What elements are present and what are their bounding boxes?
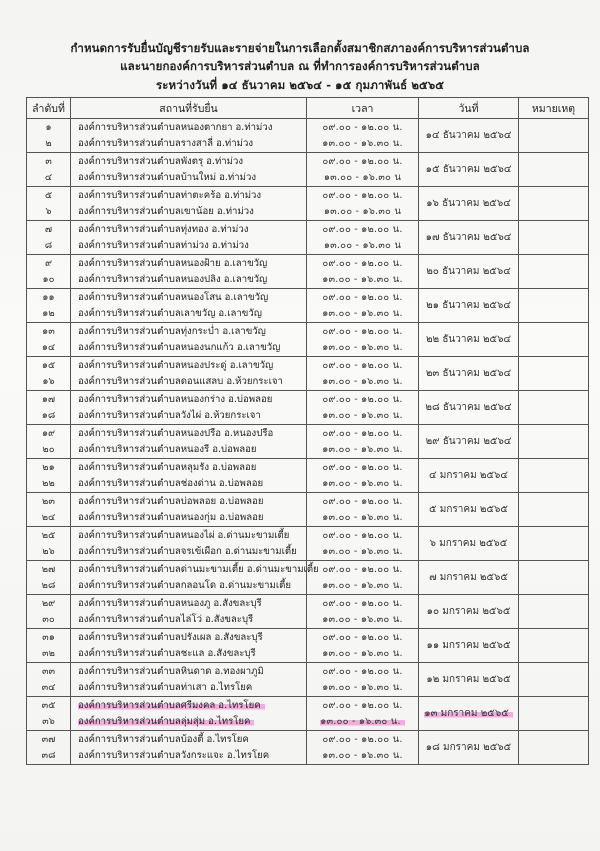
header-time: เวลา — [307, 98, 419, 119]
row-remarks-cell — [519, 425, 589, 459]
date-text: ๑๓ มกราคม ๒๕๖๕ — [424, 708, 513, 719]
row-remarks-cell — [519, 595, 589, 629]
time-range: ๐๙.๐๐ - ๑๒.๐๐ น. — [307, 154, 418, 170]
row-number: ๒๕ — [27, 528, 70, 544]
time-range: ๑๓.๐๐ - ๑๖.๓๐ น. — [307, 340, 418, 356]
row-times-cell: ๐๙.๐๐ - ๑๒.๐๐ น.๑๓.๐๐ - ๑๖.๓๐ น. — [307, 119, 419, 153]
row-number: ๓๒ — [27, 646, 70, 662]
row-numbers-cell: ๓๑๓๒ — [27, 629, 71, 663]
row-date-cell: ๒๒ ธันวาคม ๒๕๖๔ — [419, 323, 519, 357]
table-row: ๓๔องค์การบริหารส่วนตำบลพังตรุ อ.ท่าม่วงอ… — [27, 153, 589, 187]
place-name: องค์การบริหารส่วนตำบลหนองกุ่ม อ.บ่อพลอย — [71, 510, 306, 526]
row-date-cell: ๖ มกราคม ๒๕๖๕ — [419, 527, 519, 561]
place-name: องค์การบริหารส่วนตำบลหินดาด อ.ทองผาภูมิ — [71, 664, 306, 680]
row-number: ๓๓ — [27, 664, 70, 680]
time-range-text: ๑๓.๐๐ - ๑๖.๓๐ น. — [322, 648, 402, 659]
place-name: องค์การบริหารส่วนตำบลหนองไผ่ อ.ด่านมะขาม… — [71, 528, 306, 544]
place-name: องค์การบริหารส่วนตำบลบ้านใหม่ อ.ท่าม่วง — [71, 170, 306, 186]
table-row: ๒๗๒๘องค์การบริหารส่วนตำบลด่านมะขามเตี้ย … — [27, 561, 589, 595]
place-name: องค์การบริหารส่วนตำบลหนองรี อ.บ่อพลอย — [71, 442, 306, 458]
row-date-cell: ๑๕ ธันวาคม ๒๕๖๔ — [419, 153, 519, 187]
row-remarks-cell — [519, 221, 589, 255]
time-range: ๐๙.๐๐ - ๑๒.๐๐ น. — [307, 222, 418, 238]
row-remarks-cell — [519, 629, 589, 663]
row-remarks-cell — [519, 187, 589, 221]
time-range-text: ๑๓.๐๐ - ๑๖.๓๐ น. — [322, 750, 402, 761]
place-name: องค์การบริหารส่วนตำบลกลอนโด อ.ด่านมะขามเ… — [71, 578, 306, 594]
row-places-cell: องค์การบริหารส่วนตำบลด่านมะขามเตี้ย อ.ด่… — [71, 561, 307, 595]
time-range-text: ๑๓.๐๐ - ๑๖.๓๐ น. — [320, 716, 404, 727]
date-text: ๒๑ ธันวาคม ๒๕๖๔ — [426, 300, 511, 311]
row-times-cell: ๐๙.๐๐ - ๑๒.๐๐ น.๑๓.๐๐ - ๑๖.๓๐ น. — [307, 663, 419, 697]
date-text: ๑๒ มกราคม ๒๕๖๕ — [426, 674, 510, 685]
row-number: ๙ — [27, 256, 70, 272]
row-date-cell: ๒๘ ธันวาคม ๒๕๖๔ — [419, 391, 519, 425]
time-range: ๑๓.๐๐ - ๑๖.๓๐ น — [307, 170, 418, 186]
row-places-cell: องค์การบริหารส่วนตำบลหนองไผ่ อ.ด่านมะขาม… — [71, 527, 307, 561]
row-number: ๕ — [27, 188, 70, 204]
row-numbers-cell: ๓๓๓๔ — [27, 663, 71, 697]
place-name-text: องค์การบริหารส่วนตำบลวังไผ่ อ.ห้วยกระเจา — [78, 410, 261, 421]
row-number: ๒๐ — [27, 442, 70, 458]
place-name: องค์การบริหารส่วนตำบลจรเข้เผือก อ.ด่านมะ… — [71, 544, 306, 560]
table-header-row: ลำดับที่ สถานที่รับยื่น เวลา วันที่ หมาย… — [27, 98, 589, 119]
time-range: ๐๙.๐๐ - ๑๒.๐๐ น. — [307, 664, 418, 680]
place-name-text: องค์การบริหารส่วนตำบลรางสาลี่ อ.ท่าม่วง — [78, 138, 253, 149]
place-name: องค์การบริหารส่วนตำบลด่านมะขามเตี้ย อ.ด่… — [71, 562, 306, 578]
place-name-text: องค์การบริหารส่วนตำบลหลุมรัง อ.บ่อพลอย — [78, 462, 256, 473]
time-range: ๑๓.๐๐ - ๑๖.๓๐ น. — [307, 408, 418, 424]
place-name: องค์การบริหารส่วนตำบลหนองภู อ.สังขละบุรี — [71, 596, 306, 612]
place-name-text: องค์การบริหารส่วนตำบลบ้องตี้ อ.ไทรโยค — [78, 734, 249, 745]
place-name: องค์การบริหารส่วนตำบลหลุมรัง อ.บ่อพลอย — [71, 460, 306, 476]
place-name-text: องค์การบริหารส่วนตำบลชะแล อ.สังขละบุรี — [78, 648, 256, 659]
time-range: ๑๓.๐๐ - ๑๖.๓๐ น — [307, 238, 418, 254]
place-name-text: องค์การบริหารส่วนตำบลทุ่งกระบ่ำ อ.เลาขวั… — [78, 326, 266, 337]
row-number: ๒๑ — [27, 460, 70, 476]
row-places-cell: องค์การบริหารส่วนตำบลหนองกร่าง อ.บ่อพลอย… — [71, 391, 307, 425]
time-range-text: ๐๙.๐๐ - ๑๒.๐๐ น. — [322, 122, 402, 133]
row-times-cell: ๐๙.๐๐ - ๑๒.๐๐ น.๑๓.๐๐ - ๑๖.๓๐ น. — [307, 697, 419, 731]
row-times-cell: ๐๙.๐๐ - ๑๒.๐๐ น.๑๓.๐๐ - ๑๖.๓๐ น. — [307, 595, 419, 629]
place-name: องค์การบริหารส่วนตำบลทุ่งทอง อ.ท่าม่วง — [71, 222, 306, 238]
time-range: ๑๓.๐๐ - ๑๖.๓๐ น. — [307, 374, 418, 390]
row-places-cell: องค์การบริหารส่วนตำบลศรีมงคล อ.ไทรโยคองค… — [71, 697, 307, 731]
time-range-text: ๑๓.๐๐ - ๑๖.๓๐ น — [324, 240, 401, 251]
row-remarks-cell — [519, 255, 589, 289]
date-text: ๑๘ มกราคม ๒๕๖๕ — [426, 742, 511, 753]
table-row: ๒๓๒๔องค์การบริหารส่วนตำบลบ่อพลอย อ.บ่อพล… — [27, 493, 589, 527]
row-places-cell: องค์การบริหารส่วนตำบลบ้องตี้ อ.ไทรโยคองค… — [71, 731, 307, 765]
place-name-text: องค์การบริหารส่วนตำบลพังตรุ อ.ท่าม่วง — [78, 156, 243, 167]
date-text: ๑๔ ธันวาคม ๒๕๖๔ — [426, 130, 512, 141]
time-range-text: ๐๙.๐๐ - ๑๒.๐๐ น. — [322, 666, 402, 677]
time-range: ๑๓.๐๐ - ๑๖.๓๐ น. — [307, 748, 418, 764]
row-places-cell: องค์การบริหารส่วนตำบลหลุมรัง อ.บ่อพลอยอง… — [71, 459, 307, 493]
place-name-text: องค์การบริหารส่วนตำบลปรังเผล อ.สังขละบุร… — [78, 632, 263, 643]
time-range-text: ๑๓.๐๐ - ๑๖.๓๐ น. — [322, 342, 402, 353]
time-range: ๑๓.๐๐ - ๑๖.๓๐ น. — [307, 510, 418, 526]
table-row: ๙๑๐องค์การบริหารส่วนตำบลหนองฝ้าย อ.เลาขว… — [27, 255, 589, 289]
place-name-text: องค์การบริหารส่วนตำบลท่าเสา อ.ไทรโยค — [78, 682, 252, 693]
date-text: ๒๐ ธันวาคม ๒๕๖๔ — [426, 266, 511, 277]
row-times-cell: ๐๙.๐๐ - ๑๒.๐๐ น.๑๓.๐๐ - ๑๖.๓๐ น. — [307, 527, 419, 561]
row-date-cell: ๒๙ ธันวาคม ๒๕๖๔ — [419, 425, 519, 459]
row-number: ๑๘ — [27, 408, 70, 424]
time-range-text: ๑๓.๐๐ - ๑๖.๓๐ น — [324, 172, 401, 183]
row-places-cell: องค์การบริหารส่วนตำบลหนองปรือ อ.หนองปรือ… — [71, 425, 307, 459]
time-range: ๐๙.๐๐ - ๑๒.๐๐ น. — [307, 698, 418, 714]
time-range: ๑๓.๐๐ - ๑๖.๓๐ น — [307, 204, 418, 220]
place-name-text: องค์การบริหารส่วนตำบลบ่อพลอย อ.บ่อพลอย — [78, 496, 263, 507]
row-times-cell: ๐๙.๐๐ - ๑๒.๐๐ น.๑๓.๐๐ - ๑๖.๓๐ น. — [307, 289, 419, 323]
place-name: องค์การบริหารส่วนตำบลบ่อพลอย อ.บ่อพลอย — [71, 494, 306, 510]
time-range: ๐๙.๐๐ - ๑๒.๐๐ น. — [307, 732, 418, 748]
table-row: ๓๕๓๖องค์การบริหารส่วนตำบลศรีมงคล อ.ไทรโย… — [27, 697, 589, 731]
date-text: ๔ มกราคม ๒๕๖๔ — [429, 470, 508, 481]
place-name-text: องค์การบริหารส่วนตำบลลุ่มสุ่ม อ.ไทรโยค — [78, 716, 254, 727]
place-name: องค์การบริหารส่วนตำบลเลาขวัญ อ.เลาขวัญ — [71, 306, 306, 322]
place-name-text: องค์การบริหารส่วนตำบลท่าม่วง อ.ท่าม่วง — [78, 240, 249, 251]
row-number: ๒๒ — [27, 476, 70, 492]
header-place: สถานที่รับยื่น — [71, 98, 307, 119]
date-text: ๖ มกราคม ๒๕๖๕ — [430, 538, 508, 549]
row-number: ๑๔ — [27, 340, 70, 356]
row-numbers-cell: ๑๗๑๘ — [27, 391, 71, 425]
row-number: ๑ — [27, 120, 70, 136]
place-name-text: องค์การบริหารส่วนตำบลดอนแสลบ อ.ห้วยกระเจ… — [78, 376, 283, 387]
place-name-text: องค์การบริหารส่วนตำบลหนองปลิง อ.เลาขวัญ — [78, 274, 267, 285]
row-number: ๗ — [27, 222, 70, 238]
row-number: ๖ — [27, 204, 70, 220]
time-range-text: ๐๙.๐๐ - ๑๒.๐๐ น. — [322, 530, 402, 541]
time-range-text: ๐๙.๐๐ - ๑๒.๐๐ น. — [322, 428, 402, 439]
row-number: ๒๘ — [27, 578, 70, 594]
time-range-text: ๐๙.๐๐ - ๑๒.๐๐ น. — [322, 734, 402, 745]
time-range-text: ๐๙.๐๐ - ๑๒.๐๐ น. — [322, 326, 402, 337]
row-number: ๑๑ — [27, 290, 70, 306]
time-range: ๐๙.๐๐ - ๑๒.๐๐ น. — [307, 596, 418, 612]
time-range: ๑๓.๐๐ - ๑๖.๓๐ น. — [307, 578, 418, 594]
row-number: ๑๐ — [27, 272, 70, 288]
schedule-table: ลำดับที่ สถานที่รับยื่น เวลา วันที่ หมาย… — [26, 97, 589, 765]
row-number: ๑๖ — [27, 374, 70, 390]
time-range-text: ๑๓.๐๐ - ๑๖.๓๐ น. — [322, 614, 402, 625]
row-numbers-cell: ๒๕๒๖ — [27, 527, 71, 561]
time-range-text: ๑๓.๐๐ - ๑๖.๓๐ น. — [322, 308, 402, 319]
row-number: ๓ — [27, 154, 70, 170]
time-range-text: ๐๙.๐๐ - ๑๒.๐๐ น. — [322, 496, 402, 507]
table-row: ๑๑๑๒องค์การบริหารส่วนตำบลหนองโสน อ.เลาขว… — [27, 289, 589, 323]
time-range-text: ๑๓.๐๐ - ๑๖.๓๐ น. — [322, 478, 402, 489]
time-range-text: ๐๙.๐๐ - ๑๒.๐๐ น. — [322, 156, 402, 167]
document-page: กำหนดการรับยื่นบัญชีรายรับและรายจ่ายในกา… — [0, 0, 600, 851]
time-range-text: ๐๙.๐๐ - ๑๒.๐๐ น. — [322, 360, 402, 371]
row-number: ๒๙ — [27, 596, 70, 612]
row-times-cell: ๐๙.๐๐ - ๑๒.๐๐ น.๑๓.๐๐ - ๑๖.๓๐ น. — [307, 493, 419, 527]
header-date: วันที่ — [419, 98, 519, 119]
date-text: ๒๙ ธันวาคม ๒๕๖๔ — [426, 436, 512, 447]
row-date-cell: ๒๑ ธันวาคม ๒๕๖๔ — [419, 289, 519, 323]
table-row: ๒๕๒๖องค์การบริหารส่วนตำบลหนองไผ่ อ.ด่านม… — [27, 527, 589, 561]
row-remarks-cell — [519, 663, 589, 697]
place-name-text: องค์การบริหารส่วนตำบลไล่โว่ อ.สังขละบุรี — [78, 614, 253, 625]
time-range: ๑๓.๐๐ - ๑๖.๓๐ น. — [307, 306, 418, 322]
table-row: ๑๗๑๘องค์การบริหารส่วนตำบลหนองกร่าง อ.บ่อ… — [27, 391, 589, 425]
row-numbers-cell: ๒๙๓๐ — [27, 595, 71, 629]
place-name: องค์การบริหารส่วนตำบลปรังเผล อ.สังขละบุร… — [71, 630, 306, 646]
time-range-text: ๑๓.๐๐ - ๑๖.๓๐ น. — [322, 274, 402, 285]
place-name: องค์การบริหารส่วนตำบลเขาน้อย อ.ท่าม่วง — [71, 204, 306, 220]
row-date-cell: ๕ มกราคม ๒๕๖๕ — [419, 493, 519, 527]
place-name-text: องค์การบริหารส่วนตำบลหนองฝ้าย อ.เลาขวัญ — [78, 258, 267, 269]
row-numbers-cell: ๒๓๒๔ — [27, 493, 71, 527]
row-remarks-cell — [519, 493, 589, 527]
place-name: องค์การบริหารส่วนตำบลศรีมงคล อ.ไทรโยค — [71, 698, 306, 714]
row-remarks-cell — [519, 119, 589, 153]
row-number: ๘ — [27, 238, 70, 254]
row-number: ๓๗ — [27, 732, 70, 748]
row-places-cell: องค์การบริหารส่วนตำบลหินดาด อ.ทองผาภูมิอ… — [71, 663, 307, 697]
place-name: องค์การบริหารส่วนตำบลรางสาลี่ อ.ท่าม่วง — [71, 136, 306, 152]
schedule-table-body: ๑๒องค์การบริหารส่วนตำบลหนองตากยา อ.ท่าม่… — [27, 119, 589, 765]
row-number: ๓๕ — [27, 698, 70, 714]
time-range-text: ๑๓.๐๐ - ๑๖.๓๐ น. — [322, 138, 402, 149]
time-range-text: ๐๙.๐๐ - ๑๒.๐๐ น. — [322, 224, 402, 235]
time-range: ๑๓.๐๐ - ๑๖.๓๐ น. — [307, 442, 418, 458]
time-range: ๐๙.๐๐ - ๑๒.๐๐ น. — [307, 562, 418, 578]
place-name: องค์การบริหารส่วนตำบลหนองกร่าง อ.บ่อพลอย — [71, 392, 306, 408]
time-range: ๑๓.๐๐ - ๑๖.๓๐ น. — [307, 272, 418, 288]
time-range: ๑๓.๐๐ - ๑๖.๓๐ น. — [307, 476, 418, 492]
row-places-cell: องค์การบริหารส่วนตำบลหนองภู อ.สังขละบุรี… — [71, 595, 307, 629]
time-range-text: ๐๙.๐๐ - ๑๒.๐๐ น. — [322, 564, 402, 575]
row-remarks-cell — [519, 697, 589, 731]
time-range-text: ๑๓.๐๐ - ๑๖.๓๐ น. — [322, 682, 402, 693]
time-range: ๑๓.๐๐ - ๑๖.๓๐ น. — [307, 544, 418, 560]
row-times-cell: ๐๙.๐๐ - ๑๒.๐๐ น.๑๓.๐๐ - ๑๖.๓๐ น. — [307, 731, 419, 765]
row-places-cell: องค์การบริหารส่วนตำบลท่าตะคร้อ อ.ท่าม่วง… — [71, 187, 307, 221]
row-number: ๓๖ — [27, 714, 70, 730]
time-range: ๑๓.๐๐ - ๑๖.๓๐ น. — [307, 680, 418, 696]
place-name-text: องค์การบริหารส่วนตำบลหนองกุ่ม อ.บ่อพลอย — [78, 512, 263, 523]
place-name: องค์การบริหารส่วนตำบลวังกระแจะ อ.ไทรโยค — [71, 748, 306, 764]
place-name-text: องค์การบริหารส่วนตำบลศรีมงคล อ.ไทรโยค — [78, 700, 265, 711]
time-range-text: ๐๙.๐๐ - ๑๒.๐๐ น. — [322, 462, 402, 473]
document-title-line-3: ระหว่างวันที่ ๑๔ ธันวาคม ๒๕๖๔ - ๑๕ กุมภา… — [0, 77, 600, 95]
table-row: ๗๘องค์การบริหารส่วนตำบลทุ่งทอง อ.ท่าม่วง… — [27, 221, 589, 255]
date-text: ๒๓ ธันวาคม ๒๕๖๔ — [426, 368, 511, 379]
time-range: ๐๙.๐๐ - ๑๒.๐๐ น. — [307, 256, 418, 272]
row-times-cell: ๐๙.๐๐ - ๑๒.๐๐ น.๑๓.๐๐ - ๑๖.๓๐ น. — [307, 391, 419, 425]
place-name-text: องค์การบริหารส่วนตำบลทุ่งทอง อ.ท่าม่วง — [78, 224, 248, 235]
place-name: องค์การบริหารส่วนตำบลดอนแสลบ อ.ห้วยกระเจ… — [71, 374, 306, 390]
place-name: องค์การบริหารส่วนตำบลหนองนกแก้ว อ.เลาขวั… — [71, 340, 306, 356]
row-numbers-cell: ๓๕๓๖ — [27, 697, 71, 731]
row-number: ๒ — [27, 136, 70, 152]
date-text: ๑๖ ธันวาคม ๒๕๖๔ — [426, 198, 511, 209]
time-range-text: ๑๓.๐๐ - ๑๖.๓๐ น. — [322, 580, 402, 591]
document-title-line-2: และนายกองค์การบริหารส่วนตำบล ณ ที่ทำการอ… — [0, 58, 600, 76]
table-row: ๓๗๓๘องค์การบริหารส่วนตำบลบ้องตี้ อ.ไทรโย… — [27, 731, 589, 765]
row-numbers-cell: ๒๑๒๒ — [27, 459, 71, 493]
table-row: ๒๙๓๐องค์การบริหารส่วนตำบลหนองภู อ.สังขละ… — [27, 595, 589, 629]
row-number: ๑๗ — [27, 392, 70, 408]
time-range-text: ๐๙.๐๐ - ๑๒.๐๐ น. — [322, 292, 402, 303]
row-date-cell: ๑๖ ธันวาคม ๒๕๖๔ — [419, 187, 519, 221]
time-range: ๐๙.๐๐ - ๑๒.๐๐ น. — [307, 630, 418, 646]
time-range-text: ๐๙.๐๐ - ๑๒.๐๐ น. — [322, 394, 402, 405]
row-remarks-cell — [519, 289, 589, 323]
time-range: ๐๙.๐๐ - ๑๒.๐๐ น. — [307, 290, 418, 306]
place-name: องค์การบริหารส่วนตำบลทุ่งกระบ่ำ อ.เลาขวั… — [71, 324, 306, 340]
time-range: ๑๓.๐๐ - ๑๖.๓๐ น. — [307, 136, 418, 152]
place-name: องค์การบริหารส่วนตำบลไล่โว่ อ.สังขละบุรี — [71, 612, 306, 628]
time-range: ๐๙.๐๐ - ๑๒.๐๐ น. — [307, 324, 418, 340]
row-numbers-cell: ๒๗๒๘ — [27, 561, 71, 595]
time-range-text: ๑๓.๐๐ - ๑๖.๓๐ น. — [322, 376, 402, 387]
place-name: องค์การบริหารส่วนตำบลบ้องตี้ อ.ไทรโยค — [71, 732, 306, 748]
place-name: องค์การบริหารส่วนตำบลลุ่มสุ่ม อ.ไทรโยค — [71, 714, 306, 730]
row-remarks-cell — [519, 357, 589, 391]
row-numbers-cell: ๕๖ — [27, 187, 71, 221]
date-text: ๗ มกราคม ๒๕๖๕ — [429, 572, 508, 583]
table-row: ๑๒องค์การบริหารส่วนตำบลหนองตากยา อ.ท่าม่… — [27, 119, 589, 153]
time-range-text: ๐๙.๐๐ - ๑๒.๐๐ น. — [322, 598, 402, 609]
row-remarks-cell — [519, 561, 589, 595]
time-range-text: ๑๓.๐๐ - ๑๖.๓๐ น. — [322, 444, 402, 455]
row-remarks-cell — [519, 391, 589, 425]
time-range-text: ๑๓.๐๐ - ๑๖.๓๐ น — [324, 206, 401, 217]
row-date-cell: ๑๑ มกราคม ๒๕๖๕ — [419, 629, 519, 663]
row-numbers-cell: ๑๙๒๐ — [27, 425, 71, 459]
place-name-text: องค์การบริหารส่วนตำบลหนองประดู่ อ.เลาขวั… — [78, 360, 273, 371]
time-range-text: ๐๙.๐๐ - ๑๒.๐๐ น. — [322, 700, 402, 711]
place-name-text: องค์การบริหารส่วนตำบลวังกระแจะ อ.ไทรโยค — [78, 750, 269, 761]
table-row: ๓๓๓๔องค์การบริหารส่วนตำบลหินดาด อ.ทองผาภ… — [27, 663, 589, 697]
row-date-cell: ๗ มกราคม ๒๕๖๕ — [419, 561, 519, 595]
time-range: ๐๙.๐๐ - ๑๒.๐๐ น. — [307, 120, 418, 136]
date-text: ๑๐ มกราคม ๒๕๖๕ — [427, 606, 511, 617]
place-name-text: องค์การบริหารส่วนตำบลเขาน้อย อ.ท่าม่วง — [78, 206, 254, 217]
place-name-text: องค์การบริหารส่วนตำบลหนองโสน อ.เลาขวัญ — [78, 292, 268, 303]
place-name-text: องค์การบริหารส่วนตำบลด่านมะขามเตี้ย อ.ด่… — [78, 564, 319, 575]
place-name: องค์การบริหารส่วนตำบลหนองประดู่ อ.เลาขวั… — [71, 358, 306, 374]
row-numbers-cell: ๓๗๓๘ — [27, 731, 71, 765]
place-name-text: องค์การบริหารส่วนตำบลหนองนกแก้ว อ.เลาขวั… — [78, 342, 280, 353]
row-places-cell: องค์การบริหารส่วนตำบลทุ่งทอง อ.ท่าม่วงอง… — [71, 221, 307, 255]
row-number: ๓๑ — [27, 630, 70, 646]
row-times-cell: ๐๙.๐๐ - ๑๒.๐๐ น.๑๓.๐๐ - ๑๖.๓๐ น. — [307, 561, 419, 595]
row-number: ๒๓ — [27, 494, 70, 510]
place-name: องค์การบริหารส่วนตำบลท่าม่วง อ.ท่าม่วง — [71, 238, 306, 254]
row-places-cell: องค์การบริหารส่วนตำบลทุ่งกระบ่ำ อ.เลาขวั… — [71, 323, 307, 357]
place-name-text: องค์การบริหารส่วนตำบลจรเข้เผือก อ.ด่านมะ… — [78, 546, 297, 557]
row-date-cell: ๔ มกราคม ๒๕๖๔ — [419, 459, 519, 493]
time-range: ๐๙.๐๐ - ๑๒.๐๐ น. — [307, 460, 418, 476]
date-text: ๑๗ ธันวาคม ๒๕๖๔ — [426, 232, 512, 243]
time-range-text: ๐๙.๐๐ - ๑๒.๐๐ น. — [322, 258, 402, 269]
header-remarks: หมายเหตุ — [519, 98, 589, 119]
row-places-cell: องค์การบริหารส่วนตำบลหนองฝ้าย อ.เลาขวัญอ… — [71, 255, 307, 289]
place-name: องค์การบริหารส่วนตำบลวังไผ่ อ.ห้วยกระเจา — [71, 408, 306, 424]
table-row: ๑๓๑๔องค์การบริหารส่วนตำบลทุ่งกระบ่ำ อ.เล… — [27, 323, 589, 357]
time-range: ๐๙.๐๐ - ๑๒.๐๐ น. — [307, 528, 418, 544]
place-name: องค์การบริหารส่วนตำบลพังตรุ อ.ท่าม่วง — [71, 154, 306, 170]
row-number: ๑๓ — [27, 324, 70, 340]
time-range-text: ๑๓.๐๐ - ๑๖.๓๐ น. — [322, 410, 402, 421]
date-text: ๕ มกราคม ๒๕๖๕ — [429, 504, 508, 515]
row-numbers-cell: ๑๒ — [27, 119, 71, 153]
place-name: องค์การบริหารส่วนตำบลช่องด่าน อ.บ่อพลอย — [71, 476, 306, 492]
row-numbers-cell: ๑๑๑๒ — [27, 289, 71, 323]
row-number: ๒๔ — [27, 510, 70, 526]
time-range-text: ๐๙.๐๐ - ๑๒.๐๐ น. — [322, 190, 402, 201]
document-title-line-1: กำหนดการรับยื่นบัญชีรายรับและรายจ่ายในกา… — [0, 40, 600, 58]
place-name-text: องค์การบริหารส่วนตำบลหนองตากยา อ.ท่าม่วง — [78, 122, 272, 133]
row-remarks-cell — [519, 153, 589, 187]
date-text: ๑๕ ธันวาคม ๒๕๖๔ — [426, 164, 512, 175]
row-date-cell: ๑๓ มกราคม ๒๕๖๕ — [419, 697, 519, 731]
row-times-cell: ๐๙.๐๐ - ๑๒.๐๐ น.๑๓.๐๐ - ๑๖.๓๐ น. — [307, 357, 419, 391]
row-number: ๑๙ — [27, 426, 70, 442]
row-places-cell: องค์การบริหารส่วนตำบลหนองโสน อ.เลาขวัญอง… — [71, 289, 307, 323]
header-number: ลำดับที่ — [27, 98, 71, 119]
table-row: ๑๙๒๐องค์การบริหารส่วนตำบลหนองปรือ อ.หนอง… — [27, 425, 589, 459]
place-name: องค์การบริหารส่วนตำบลหนองฝ้าย อ.เลาขวัญ — [71, 256, 306, 272]
date-text: ๒๒ ธันวาคม ๒๕๖๔ — [426, 334, 511, 345]
place-name: องค์การบริหารส่วนตำบลหนองตากยา อ.ท่าม่วง — [71, 120, 306, 136]
row-remarks-cell — [519, 731, 589, 765]
row-number: ๒๖ — [27, 544, 70, 560]
row-number: ๔ — [27, 170, 70, 186]
place-name-text: องค์การบริหารส่วนตำบลเลาขวัญ อ.เลาขวัญ — [78, 308, 262, 319]
row-times-cell: ๐๙.๐๐ - ๑๒.๐๐ น.๑๓.๐๐ - ๑๖.๓๐ น — [307, 187, 419, 221]
row-times-cell: ๐๙.๐๐ - ๑๒.๐๐ น.๑๓.๐๐ - ๑๖.๓๐ น — [307, 153, 419, 187]
time-range-text: ๑๓.๐๐ - ๑๖.๓๐ น. — [322, 512, 402, 523]
place-name-text: องค์การบริหารส่วนตำบลหนองไผ่ อ.ด่านมะขาม… — [78, 530, 289, 541]
time-range: ๑๓.๐๐ - ๑๖.๓๐ น. — [307, 646, 418, 662]
time-range-text: ๐๙.๐๐ - ๑๒.๐๐ น. — [322, 632, 402, 643]
row-remarks-cell — [519, 459, 589, 493]
row-number: ๑๕ — [27, 358, 70, 374]
row-places-cell: องค์การบริหารส่วนตำบลปรังเผล อ.สังขละบุร… — [71, 629, 307, 663]
place-name-text: องค์การบริหารส่วนตำบลหนองภู อ.สังขละบุรี — [78, 598, 262, 609]
row-times-cell: ๐๙.๐๐ - ๑๒.๐๐ น.๑๓.๐๐ - ๑๖.๓๐ น. — [307, 255, 419, 289]
row-numbers-cell: ๙๑๐ — [27, 255, 71, 289]
row-remarks-cell — [519, 527, 589, 561]
place-name-text: องค์การบริหารส่วนตำบลกลอนโด อ.ด่านมะขามเ… — [78, 580, 291, 591]
table-row: ๑๕๑๖องค์การบริหารส่วนตำบลหนองประดู่ อ.เล… — [27, 357, 589, 391]
time-range: ๑๓.๐๐ - ๑๖.๓๐ น. — [307, 612, 418, 628]
row-numbers-cell: ๑๓๑๔ — [27, 323, 71, 357]
row-times-cell: ๐๙.๐๐ - ๑๒.๐๐ น.๑๓.๐๐ - ๑๖.๓๐ น. — [307, 323, 419, 357]
row-date-cell: ๑๘ มกราคม ๒๕๖๕ — [419, 731, 519, 765]
row-places-cell: องค์การบริหารส่วนตำบลหนองตากยา อ.ท่าม่วง… — [71, 119, 307, 153]
place-name-text: องค์การบริหารส่วนตำบลหินดาด อ.ทองผาภูมิ — [78, 666, 264, 677]
row-times-cell: ๐๙.๐๐ - ๑๒.๐๐ น.๑๓.๐๐ - ๑๖.๓๐ น. — [307, 425, 419, 459]
row-times-cell: ๐๙.๐๐ - ๑๒.๐๐ น.๑๓.๐๐ - ๑๖.๓๐ น. — [307, 629, 419, 663]
place-name-text: องค์การบริหารส่วนตำบลหนองกร่าง อ.บ่อพลอย — [78, 394, 272, 405]
row-date-cell: ๑๗ ธันวาคม ๒๕๖๔ — [419, 221, 519, 255]
time-range: ๑๓.๐๐ - ๑๖.๓๐ น. — [307, 714, 418, 730]
place-name-text: องค์การบริหารส่วนตำบลหนองรี อ.บ่อพลอย — [78, 444, 257, 455]
time-range: ๐๙.๐๐ - ๑๒.๐๐ น. — [307, 358, 418, 374]
row-number: ๓๔ — [27, 680, 70, 696]
row-places-cell: องค์การบริหารส่วนตำบลหนองประดู่ อ.เลาขวั… — [71, 357, 307, 391]
row-numbers-cell: ๗๘ — [27, 221, 71, 255]
row-places-cell: องค์การบริหารส่วนตำบลบ่อพลอย อ.บ่อพลอยอง… — [71, 493, 307, 527]
